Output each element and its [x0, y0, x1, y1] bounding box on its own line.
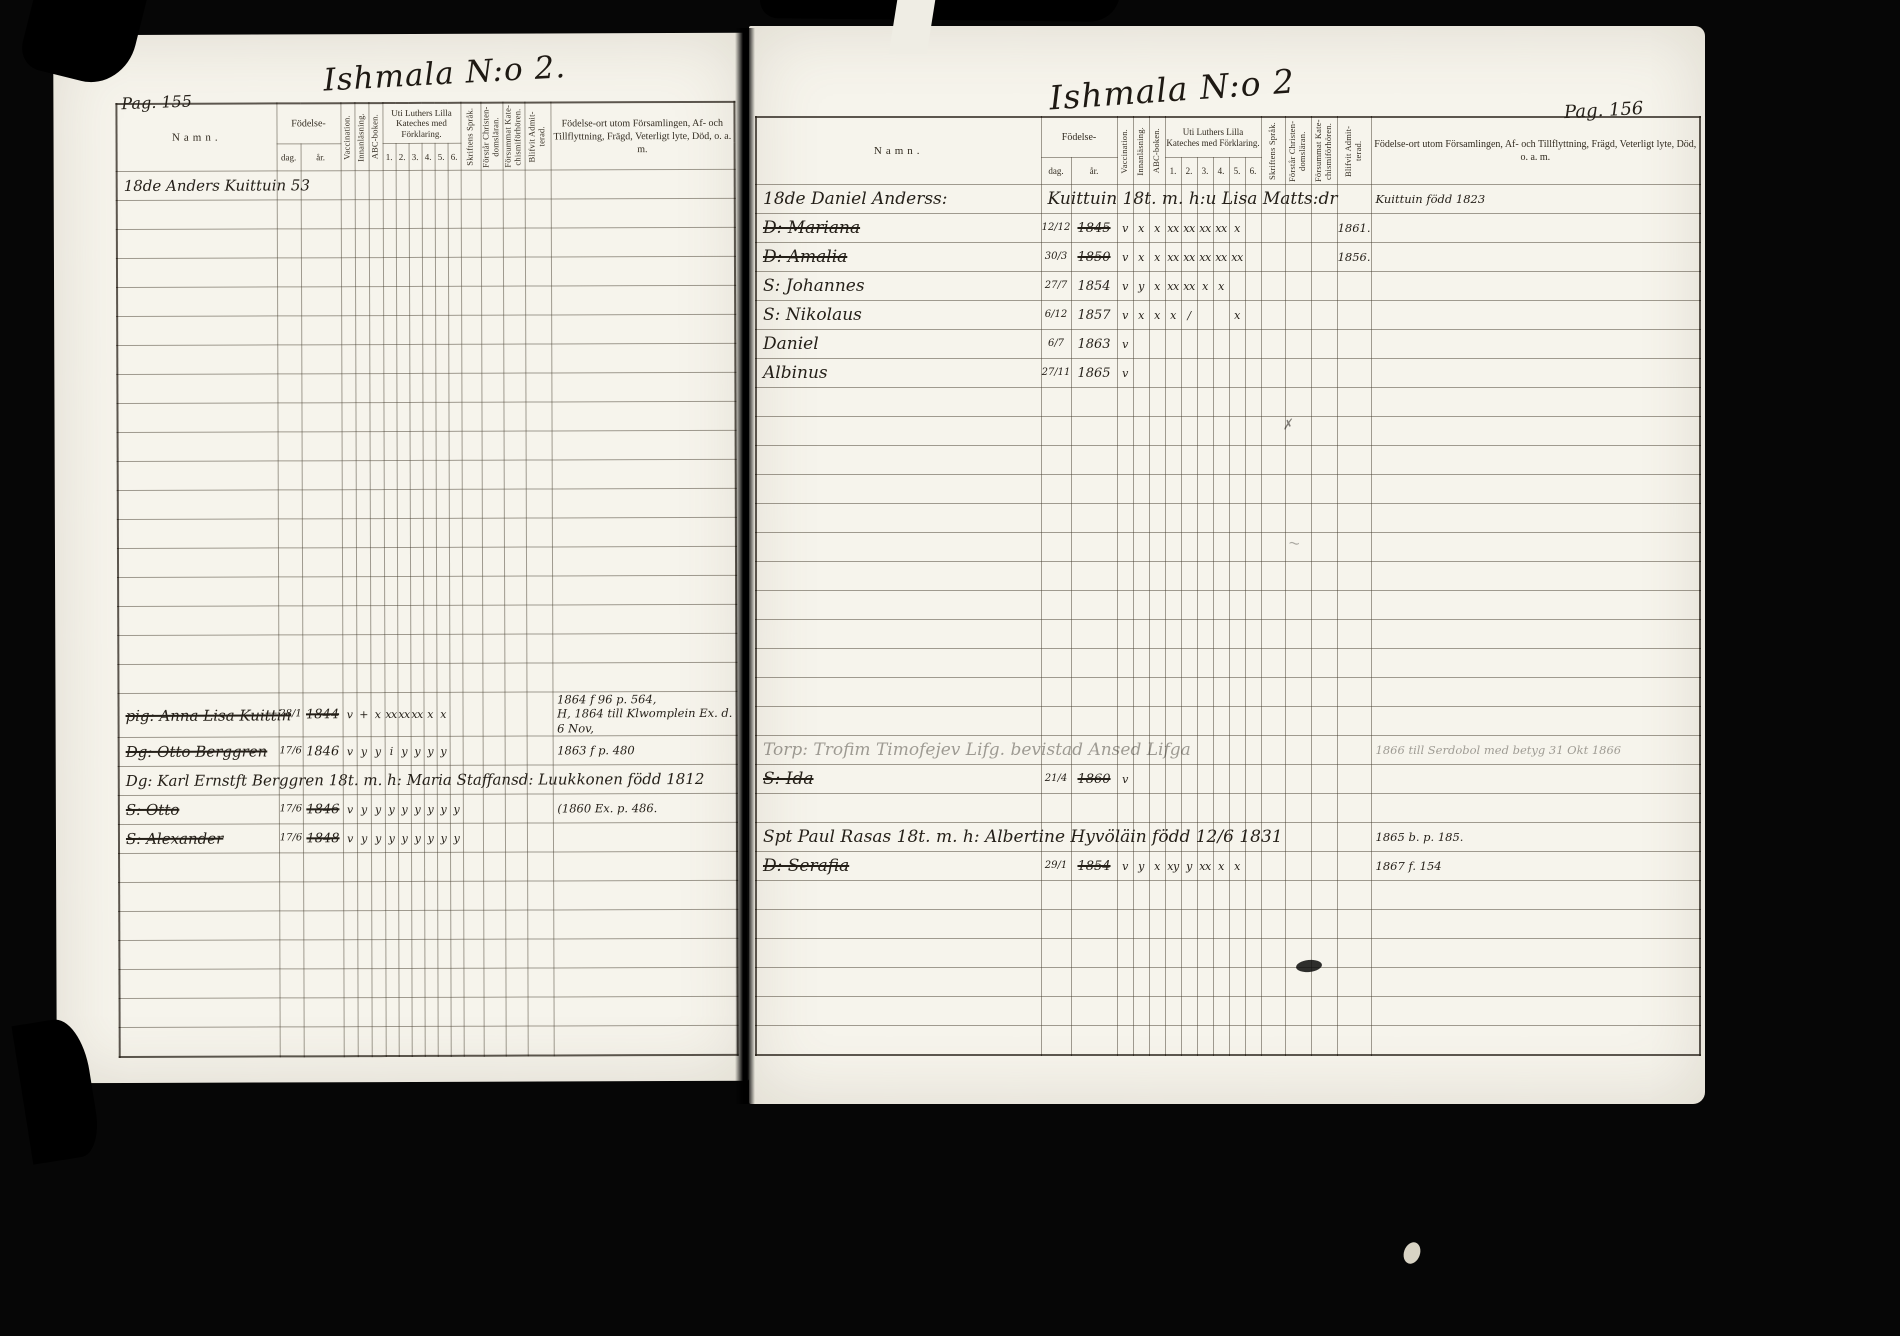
kateches-1-cell [383, 287, 396, 316]
kateches-1-cell [385, 940, 398, 969]
kateches-4-cell [423, 663, 436, 692]
kateches-4-cell [1213, 910, 1229, 939]
kateches-4-cell [1213, 446, 1229, 475]
ar-cell [1071, 388, 1117, 417]
table-header: Namn. Födelse- Vaccination. Innanläsning… [756, 117, 1700, 185]
kateches-4-cell [423, 605, 436, 634]
forstar-cell [483, 939, 505, 968]
table-row [756, 910, 1700, 939]
vaccination-cell [343, 882, 357, 911]
kateches-6-cell [450, 910, 463, 939]
innanlasning-cell [356, 490, 370, 519]
forstar-cell [481, 373, 503, 402]
kateches-1-cell [1165, 388, 1181, 417]
note-cell [551, 285, 735, 315]
col-header-skriftens-sprak: Skriftens Språk. [460, 103, 480, 171]
margin-note: Kuittuin född 1823 [1372, 192, 1700, 206]
kateches-4-cell [1213, 649, 1229, 678]
kateches-3-cell [412, 1027, 425, 1056]
kateches-3-cell [410, 576, 423, 605]
abc-cell [1149, 446, 1165, 475]
innanlasning-cell [357, 853, 371, 882]
table-row [118, 604, 736, 635]
ar-cell [1071, 649, 1117, 678]
skriftens-cell [1261, 243, 1285, 272]
kateches-1-cell [1165, 678, 1181, 707]
table-row [117, 401, 735, 432]
kateches-1-cell [384, 490, 397, 519]
ar-cell: 1857 [1071, 301, 1117, 330]
abc-cell [1149, 533, 1165, 562]
dag-cell [1041, 968, 1071, 997]
note-cell: 1866 till Serdobol med betyg 31 Okt 1866 [1371, 736, 1700, 765]
skriftens-cell [463, 910, 483, 939]
innanlasning-label: Innanläsning. [1136, 127, 1146, 176]
vaccination-cell [1117, 533, 1133, 562]
birth-year: 1854 [1072, 859, 1117, 874]
innanlasning-cell [355, 287, 369, 316]
table-row [117, 372, 735, 403]
note-cell [1371, 359, 1700, 388]
name-cell: D: Amalia [756, 243, 1041, 272]
forsummat-cell [1311, 649, 1337, 678]
innanlasning-cell [357, 940, 371, 969]
entry-name: 18de Daniel Anderss: [757, 189, 1041, 209]
margin-note: 1864 f 96 p. 564, H, 1864 till Klwomplei… [553, 692, 736, 736]
kateches-4-cell [424, 940, 437, 969]
ar-cell [301, 258, 341, 287]
kateches-1-cell [385, 911, 398, 940]
ar-cell [302, 577, 342, 606]
ar-cell: 1848 [303, 824, 343, 853]
kateches-4-cell: y [424, 795, 437, 824]
dag-cell: 6/12 [1041, 301, 1071, 330]
kateches-4-cell [424, 853, 437, 882]
vaccination-cell [342, 490, 356, 519]
kateches-3-cell [1197, 301, 1213, 330]
dag-cell: 21/4 [1041, 765, 1071, 794]
vaccination-cell [342, 606, 356, 635]
skriftens-cell [1261, 736, 1285, 765]
admitterad-cell [527, 794, 553, 823]
forsummat-cell [1311, 678, 1337, 707]
kateches-5-cell [438, 997, 451, 1026]
note-cell [552, 662, 736, 692]
kateches-4-cell [1213, 591, 1229, 620]
note-cell [1371, 504, 1700, 533]
forstar-cell [1285, 562, 1311, 591]
kateches-4-cell [1213, 678, 1229, 707]
birth-year: 1850 [1072, 250, 1117, 265]
abc-cell [369, 374, 383, 403]
admitterad-cell [527, 736, 553, 765]
exam-mark: y [1182, 860, 1197, 873]
exam-mark: y [371, 832, 384, 845]
table-header: Namn. Födelse- Vaccination. Innanläsning… [116, 102, 734, 172]
exam-mark: x [1150, 222, 1165, 235]
exam-mark: x [1166, 309, 1181, 322]
note-cell [552, 604, 736, 634]
entry-name: D: Mariana [757, 218, 1041, 238]
name-cell: Dg: Otto Berggren [119, 737, 279, 767]
ar-cell: 1850 [1071, 243, 1117, 272]
kateches-1-cell [1165, 562, 1181, 591]
innanlasning-cell: y [357, 795, 371, 824]
dag-cell [1041, 504, 1071, 533]
table-row [756, 1026, 1700, 1055]
vaccination-cell: v [1117, 330, 1133, 359]
kateches-3-cell [410, 634, 423, 663]
name-cell [118, 432, 278, 462]
kateches-2-cell [1181, 591, 1197, 620]
abc-cell [1149, 997, 1165, 1026]
birth-day: 21/4 [1042, 774, 1071, 785]
forsummat-cell [1311, 736, 1337, 765]
kateches-5-cell [1229, 707, 1245, 736]
forsummat-cell [503, 199, 525, 228]
kateches-2-cell [396, 373, 409, 402]
admitted-year: 1861. [1338, 221, 1371, 235]
exam-mark: x [1230, 860, 1245, 873]
kateches-6-cell [1245, 562, 1261, 591]
kateches-3-cell [1197, 562, 1213, 591]
note-cell [552, 633, 736, 663]
col-header-innanlasning: Innanläsning. [1133, 117, 1149, 185]
kateches-6-cell [1245, 533, 1261, 562]
birth-year: 1845 [1072, 221, 1117, 236]
table-row: Torp: Trofim Timofejev Lifg. bevistad An… [756, 736, 1700, 765]
kateches-3-cell: xx [1197, 243, 1213, 272]
kateches-4-cell [423, 547, 436, 576]
kateches-3-cell [1197, 417, 1213, 446]
vaccination-cell: v [343, 737, 357, 766]
kateches-3-cell [409, 315, 422, 344]
kateches-5-cell: x [1229, 301, 1245, 330]
skriftens-cell [462, 460, 482, 489]
kateches-1-cell: xx [1165, 243, 1181, 272]
dag-cell [278, 577, 302, 606]
abc-cell [1149, 794, 1165, 823]
vaccination-cell: v [1117, 301, 1133, 330]
col-header-kateches: Uti Luthers Lilla Kateches med Förklarin… [1165, 117, 1261, 158]
admitterad-cell [1337, 678, 1371, 707]
name-cell [117, 287, 277, 317]
vaccination-cell [343, 853, 357, 882]
table-row [118, 575, 736, 606]
kateches-6-cell [1245, 214, 1261, 243]
kateches-1-cell [1165, 1026, 1181, 1055]
ar-cell [1071, 939, 1117, 968]
note-cell: 1864 f 96 p. 564, H, 1864 till Klwomplei… [553, 691, 737, 736]
innanlasning-cell: y [357, 737, 371, 766]
kateches-3-cell [1197, 736, 1213, 765]
forsummat-cell [1311, 562, 1337, 591]
kateches-2-cell: y [398, 737, 411, 766]
admitterad-cell [525, 199, 551, 228]
kateches-4-cell [424, 911, 437, 940]
vaccination-cell [1117, 794, 1133, 823]
kateches-1-cell: xx [1165, 272, 1181, 301]
table-row [120, 996, 738, 1027]
skriftens-cell [461, 257, 481, 286]
kateches-1-cell [383, 171, 396, 200]
kateches-2-cell [396, 315, 409, 344]
kateches-4-cell [1213, 997, 1229, 1026]
abc-cell [370, 635, 384, 664]
kateches-2-cell [399, 1027, 412, 1056]
innanlasning-cell [356, 635, 370, 664]
note-cell [553, 938, 737, 968]
exam-mark: y [424, 803, 436, 816]
kateches-6-cell [1245, 301, 1261, 330]
exam-mark: xx [1166, 280, 1181, 293]
note-cell [1371, 678, 1700, 707]
kateches-1-cell [1165, 330, 1181, 359]
forstar-cell [1285, 823, 1311, 852]
admitterad-cell [1337, 736, 1371, 765]
exam-mark: x [1150, 860, 1165, 873]
kateches-2-cell [1181, 765, 1197, 794]
kateches-6-cell [449, 460, 462, 489]
col-header-k6: 6. [1245, 158, 1261, 185]
kateches-6-cell [1245, 649, 1261, 678]
exam-mark: y [357, 832, 370, 845]
name-cell [119, 911, 279, 941]
table-row: S: Alexander17/61848vyyyyyyyy [119, 822, 737, 853]
table-row [119, 938, 737, 969]
kateches-2-cell [398, 853, 411, 882]
skriftens-cell [1261, 562, 1285, 591]
kateches-5-cell [1229, 649, 1245, 678]
kateches-3-cell [1197, 765, 1213, 794]
kateches-5-cell: x [436, 692, 449, 736]
col-header-vaccination: Vaccination. [340, 103, 354, 171]
vaccination-cell [1117, 591, 1133, 620]
col-header-abc-boken: ABC-boken. [368, 103, 382, 171]
col-header-forsummat: Försummat Kate-chismiförhören. [1311, 117, 1337, 185]
skriftens-cell [1261, 852, 1285, 881]
table-row [118, 546, 736, 577]
kateches-4-cell [425, 998, 438, 1027]
abc-cell: y [371, 824, 385, 853]
ar-cell [1071, 620, 1117, 649]
ar-cell: 1844 [302, 693, 342, 737]
vaccination-cell [1117, 417, 1133, 446]
kateches-5-cell [437, 968, 450, 997]
admitterad-cell [1337, 475, 1371, 504]
entry-name: Albinus [757, 363, 1041, 383]
col-header-k2: 2. [396, 144, 409, 171]
col-header-kateches: Uti Luthers Lilla Kateches med Förklarin… [382, 103, 460, 144]
abc-cell [1149, 620, 1165, 649]
vaccination-cell: v [1117, 243, 1133, 272]
kateches-4-cell [422, 344, 435, 373]
col-header-k3: 3. [409, 144, 422, 171]
note-cell: 1863 f p. 480 [553, 735, 737, 765]
note-cell [1371, 649, 1700, 678]
exam-mark: xx [1198, 222, 1213, 235]
kateches-5-cell [1229, 417, 1245, 446]
kateches-2-cell [1181, 417, 1197, 446]
kateches-5-cell [1229, 533, 1245, 562]
kateches-1-cell [386, 998, 399, 1027]
kateches-4-cell: x [1213, 272, 1229, 301]
entry-name: Daniel [757, 334, 1041, 354]
col-header-namn: Namn. [756, 117, 1041, 185]
kateches-4-cell [422, 257, 435, 286]
table-row: S: Otto17/61846vyyyyyyyy(1860 Ex. p. 486… [119, 793, 737, 824]
vaccination-cell [344, 1027, 358, 1056]
forstar-cell [482, 576, 504, 605]
innanlasning-cell [355, 345, 369, 374]
abc-cell [1149, 359, 1165, 388]
ar-cell [301, 316, 341, 345]
ar-cell: 1854 [1071, 852, 1117, 881]
exam-mark: xx [1230, 251, 1245, 264]
col-header-vaccination: Vaccination. [1117, 117, 1133, 185]
note-cell [551, 256, 735, 286]
kateches-2-cell [397, 663, 410, 692]
abc-cell [1149, 562, 1165, 591]
margin-note: 1863 f p. 480 [553, 743, 736, 758]
innanlasning-cell [356, 577, 370, 606]
table-body: 18de Anders Kuittuin 53pig: Anna Lisa Ku… [117, 169, 738, 1056]
abc-cell [369, 258, 383, 287]
forsummat-cell [1311, 707, 1337, 736]
birth-year: 1860 [1072, 772, 1117, 787]
birth-day: 12/12 [1042, 223, 1071, 234]
col-header-k6: 6. [448, 144, 461, 171]
note-cell [1371, 388, 1700, 417]
note-cell [1371, 910, 1700, 939]
kateches-2-cell: / [1181, 301, 1197, 330]
kateches-4-cell [1213, 504, 1229, 533]
kateches-3-cell [411, 940, 424, 969]
birth-day: 6/7 [1042, 339, 1071, 350]
abc-cell [369, 316, 383, 345]
col-header-forsummat: Försummat Kate-chismiförhören. [502, 103, 524, 171]
birth-day: 30/3 [1042, 252, 1071, 263]
abc-cell [1149, 330, 1165, 359]
kateches-4-cell [424, 882, 437, 911]
kateches-3-cell [1197, 591, 1213, 620]
admitterad-cell [1337, 620, 1371, 649]
ar-cell [1071, 910, 1117, 939]
kateches-3-cell: y [411, 737, 424, 766]
kateches-6-cell [449, 518, 462, 547]
dag-cell [1041, 475, 1071, 504]
ar-cell [302, 606, 342, 635]
abc-cell [369, 403, 383, 432]
vaccination-cell [342, 635, 356, 664]
kateches-5-cell [435, 344, 448, 373]
exam-mark: y [424, 745, 436, 758]
ar-cell [1071, 1026, 1117, 1055]
innanlasning-cell [356, 664, 370, 693]
abc-cell [369, 287, 383, 316]
table-row: Dg: Karl Ernstft Berggren 18t. m. h: Mar… [119, 764, 737, 795]
skriftens-cell [1261, 678, 1285, 707]
exam-mark: xx [1166, 251, 1181, 264]
innanlasning-cell [355, 374, 369, 403]
admitterad-cell [527, 692, 553, 736]
kateches-2-cell [1181, 939, 1197, 968]
forsummat-cell [1311, 243, 1337, 272]
forstar-cell [1285, 272, 1311, 301]
left-page: Pag. 155 Ishmala N:o 2. Namn. Födelse- V… [53, 33, 749, 1083]
skriftens-cell [1261, 446, 1285, 475]
kateches-5-cell [435, 315, 448, 344]
forstar-cell [483, 794, 505, 823]
abc-cell [370, 664, 384, 693]
exam-mark: y [411, 803, 423, 816]
forsummat-cell [504, 663, 526, 692]
kateches-2-cell [398, 969, 411, 998]
col-header-fodelseort: Födelse-ort utom Församlingen, Af- och T… [1371, 117, 1700, 185]
forsummat-cell [503, 344, 525, 373]
kateches-3-cell [1197, 475, 1213, 504]
abc-cell [369, 345, 383, 374]
note-cell: Kuittuin född 1823 [1371, 185, 1700, 214]
name-cell [756, 475, 1041, 504]
kateches-4-cell [1213, 330, 1229, 359]
abc-cell [1149, 504, 1165, 533]
kateches-4-cell [1213, 707, 1229, 736]
vaccination-cell [1117, 939, 1133, 968]
vaccination-cell [1117, 910, 1133, 939]
forstar-cell [481, 170, 503, 199]
kateches-5-cell [1229, 736, 1245, 765]
skriftens-cell [1261, 214, 1285, 243]
innanlasning-cell [1133, 678, 1149, 707]
skriftens-cell [464, 997, 484, 1026]
abc-boken-label: ABC-boken. [371, 114, 381, 159]
kateches-5-cell [1229, 272, 1245, 301]
note-cell [1371, 939, 1700, 968]
col-header-dag: dag. [1041, 158, 1071, 185]
forsummat-cell [1311, 765, 1337, 794]
table-row [756, 417, 1700, 446]
dag-cell [1041, 417, 1071, 446]
kateches-1-cell [383, 374, 396, 403]
table-row [117, 314, 735, 345]
name-cell: S: Ida [756, 765, 1041, 794]
kateches-5-cell [436, 576, 449, 605]
forsummat-cell [1311, 852, 1337, 881]
dag-cell [1041, 939, 1071, 968]
forsummat-cell [505, 968, 527, 997]
ar-cell: 1863 [1071, 330, 1117, 359]
forsummat-cell [503, 315, 525, 344]
kateches-4-cell [1213, 736, 1229, 765]
kateches-3-cell [1197, 359, 1213, 388]
name-cell: pig: Anna Lisa Kuittin [118, 693, 278, 738]
note-cell [1371, 1026, 1700, 1055]
kateches-1-cell [1165, 591, 1181, 620]
vaccination-cell [1117, 504, 1133, 533]
forsummat-cell [505, 939, 527, 968]
skriftens-cell [463, 852, 483, 881]
skriftens-cell [1261, 794, 1285, 823]
skriftens-sprak-label: Skriftens Språk. [1268, 122, 1278, 180]
ar-cell [302, 548, 342, 577]
exam-mark: xx [411, 708, 423, 721]
name-cell: D: Mariana [756, 214, 1041, 243]
exam-mark: v [1118, 251, 1133, 264]
col-header-k2: 2. [1181, 158, 1197, 185]
table-row [756, 446, 1700, 475]
abc-cell [372, 998, 386, 1027]
